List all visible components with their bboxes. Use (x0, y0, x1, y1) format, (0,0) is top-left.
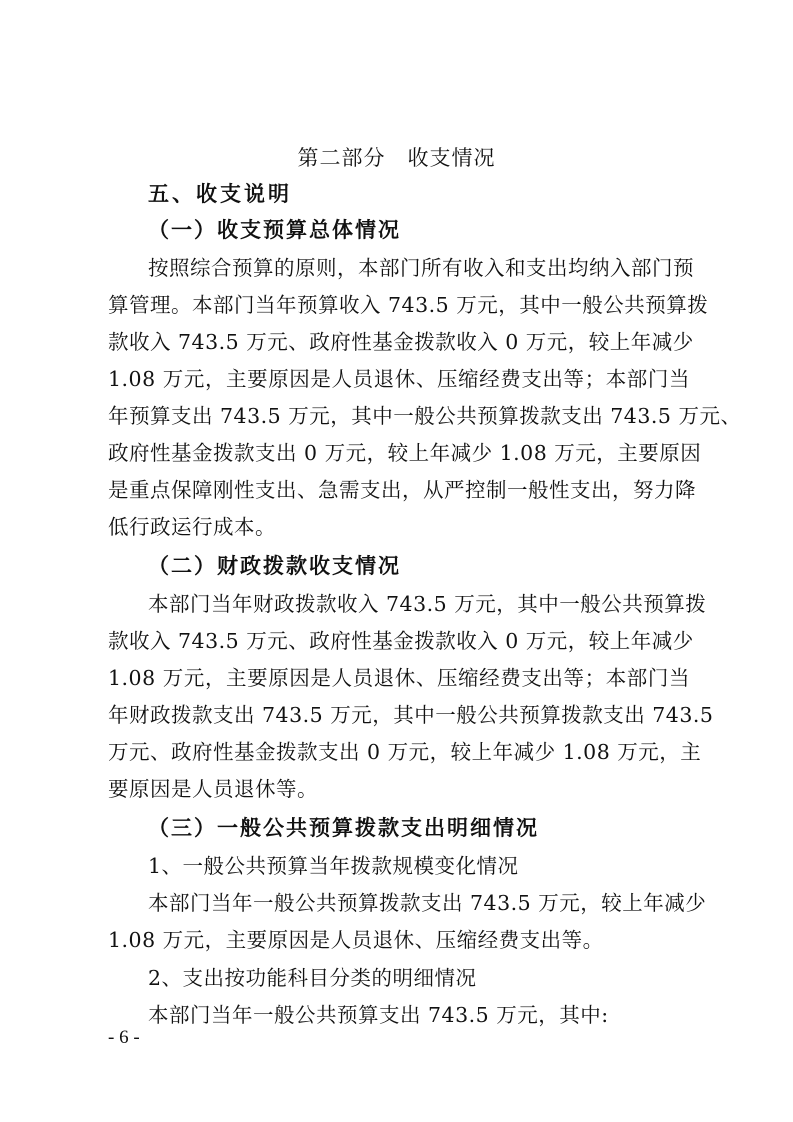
paragraph-line: 是重点保障刚性支出、急需支出，从严控制一般性支出，努力降 (108, 472, 690, 508)
paragraph-line: 本部门当年财政拨款收入 743.5 万元，其中一般公共预算拨 (148, 586, 690, 622)
paragraph-line: 本部门当年一般公共预算支出 743.5 万元，其中: (148, 997, 690, 1033)
paragraph-line: 1.08 万元，主要原因是人员退休、压缩经费支出等；本部门当 (108, 361, 690, 397)
paragraph-line: 款收入 743.5 万元、政府性基金拨款收入 0 万元，较上年减少 (108, 324, 690, 360)
paragraph-line: 万元、政府性基金拨款支出 0 万元，较上年减少 1.08 万元，主 (108, 734, 690, 770)
numbered-item-1: 1、一般公共预算当年拨款规模变化情况 (148, 848, 690, 884)
numbered-item-2: 2、支出按功能科目分类的明细情况 (148, 960, 690, 996)
paragraph-line: 要原因是人员退休等。 (108, 771, 690, 807)
paragraph-line: 1.08 万元，主要原因是人员退休、压缩经费支出等；本部门当 (108, 660, 690, 696)
paragraph-line: 算管理。本部门当年预算收入 743.5 万元，其中一般公共预算拨 (108, 287, 690, 323)
paragraph-line: 按照综合预算的原则，本部门所有收入和支出均纳入部门预 (148, 250, 690, 286)
part-title: 第二部分 收支情况 (0, 142, 793, 174)
subsection-heading-3: （三）一般公共预算拨款支出明细情况 (148, 810, 539, 846)
paragraph-line: 年财政拨款支出 743.5 万元，其中一般公共预算拨款支出 743.5 (108, 697, 690, 733)
paragraph-line: 1.08 万元，主要原因是人员退休、压缩经费支出等。 (108, 922, 690, 958)
page-number: - 6 - (108, 1026, 140, 1050)
document-page: 第二部分 收支情况 五、收支说明 （一）收支预算总体情况 按照综合预算的原则，本… (0, 0, 793, 1122)
subsection-heading-2: （二）财政拨款收支情况 (148, 548, 401, 584)
paragraph-line: 政府性基金拨款支出 0 万元，较上年减少 1.08 万元，主要原因 (108, 435, 690, 471)
subsection-heading-1: （一）收支预算总体情况 (148, 212, 401, 248)
section-title: 五、收支说明 (148, 176, 292, 212)
paragraph-line: 低行政运行成本。 (108, 509, 690, 545)
paragraph-line: 年预算支出 743.5 万元，其中一般公共预算拨款支出 743.5 万元、 (108, 398, 690, 434)
paragraph-line: 款收入 743.5 万元、政府性基金拨款收入 0 万元，较上年减少 (108, 623, 690, 659)
paragraph-line: 本部门当年一般公共预算拨款支出 743.5 万元，较上年减少 (148, 885, 690, 921)
